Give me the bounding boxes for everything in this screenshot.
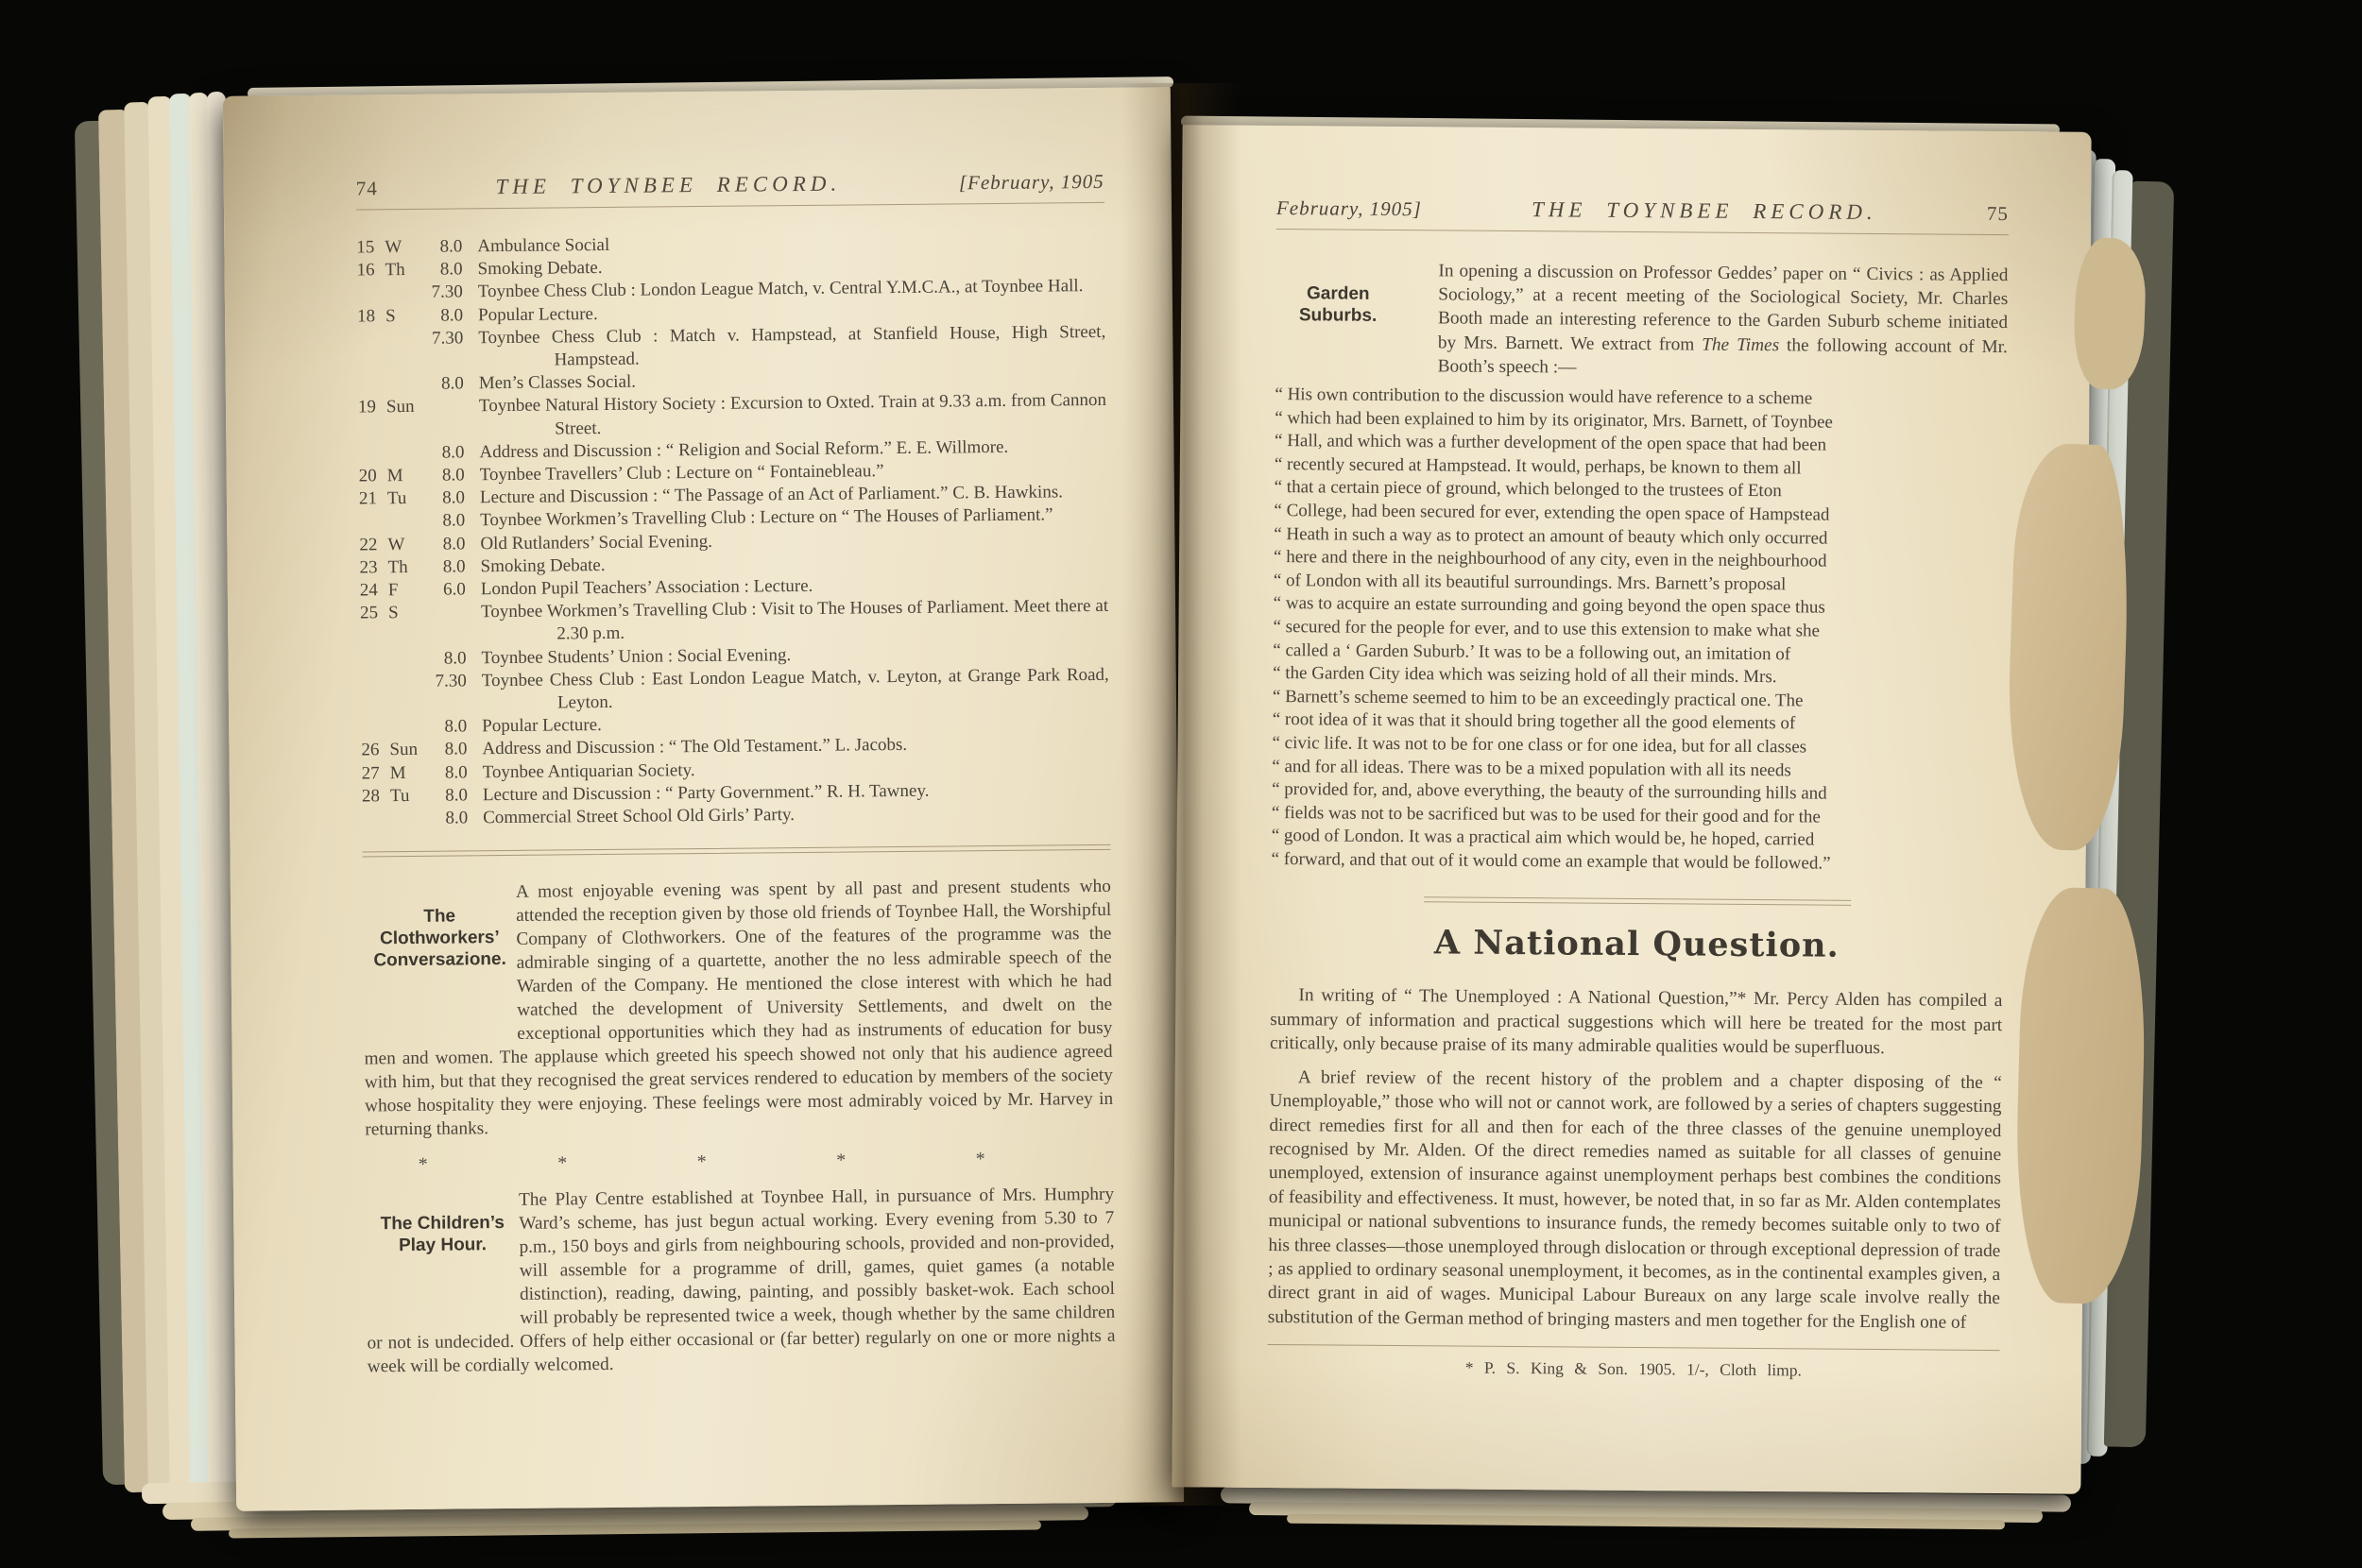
right-running-title: THE TOYNBEE RECORD.: [1422, 196, 1987, 226]
schedule-time: 8.0: [430, 647, 481, 671]
schedule-time: [430, 602, 481, 648]
schedule-time: 8.0: [432, 784, 483, 808]
section-divider-rule: [363, 844, 1111, 858]
booth-speech-quote: “ His own contribution to the discussion…: [1271, 383, 2007, 878]
article-divider-rule: [1424, 897, 1851, 907]
schedule-time: 8.0: [426, 235, 477, 259]
schedule-time: 8.0: [429, 464, 480, 487]
schedule-time: 8.0: [428, 441, 479, 465]
play-hour-section: The Children’s Play Hour. The Play Centr…: [366, 1183, 1116, 1379]
schedule-day: 22: [359, 534, 387, 556]
schedule-weekday: [389, 716, 431, 740]
schedule-day: [361, 671, 389, 717]
schedule-time: 8.0: [432, 761, 483, 785]
schedule-weekday: Tu: [390, 785, 432, 809]
asterisk: *: [976, 1149, 985, 1170]
schedule-row: 25 S Toynbee Workmen’s Travelling Club :…: [360, 595, 1108, 648]
schedule-description: Toynbee Workmen’s Travelling Club : Visi…: [481, 595, 1108, 647]
schedule-weekday: [389, 671, 431, 717]
article-paragraph-1: In writing of “ The Unemployed : A Natio…: [1270, 983, 2003, 1061]
left-page-header: 74 THE TOYNBEE RECORD. [February, 1905: [356, 169, 1104, 211]
schedule-time: 8.0: [428, 372, 479, 396]
schedule-time: 7.30: [431, 670, 482, 716]
article-paragraph-2: A brief review of the recent history of …: [1268, 1065, 2002, 1336]
garden-suburbs-section: Garden Suburbs. In opening a discussion …: [1275, 258, 2009, 383]
schedule-weekday: [385, 281, 427, 305]
schedule-time: 8.0: [426, 258, 477, 281]
left-header-date: [February, 1905: [959, 170, 1104, 195]
schedule-day: 24: [360, 579, 388, 602]
events-schedule: 15 W 8.0 Ambulance Social 16 Th 8.0 Smok…: [356, 230, 1110, 831]
schedule-row: 7.30 Toynbee Chess Club : Match v. Hamps…: [357, 321, 1105, 374]
left-page: 74 THE TOYNBEE RECORD. [February, 1905 1…: [223, 87, 1184, 1511]
schedule-weekday: [390, 808, 432, 831]
right-page-header: February, 1905] THE TOYNBEE RECORD. 75: [1276, 196, 2009, 235]
schedule-day: 15: [356, 236, 385, 259]
clothworkers-section: The Clothworkers’ Conversazione. A most …: [363, 875, 1114, 1142]
footnote: * P. S. King & Son. 1905. 1/-, Cloth lim…: [1267, 1356, 1999, 1382]
schedule-time: 8.0: [429, 486, 480, 510]
left-running-title: THE TOYNBEE RECORD.: [378, 170, 959, 200]
schedule-day: [358, 442, 386, 465]
schedule-weekday: F: [388, 579, 430, 603]
schedule-weekday: S: [388, 602, 430, 648]
schedule-time: 8.0: [429, 510, 480, 534]
schedule-time: 7.30: [427, 327, 478, 373]
quote-line: “ forward, and that out of it would come…: [1271, 848, 2003, 878]
schedule-weekday: Tu: [387, 487, 429, 511]
times-title: The Times: [1702, 334, 1779, 355]
schedule-time: [428, 396, 479, 442]
garden-suburbs-sidehead: Garden Suburbs.: [1275, 258, 1439, 355]
schedule-day: [361, 716, 389, 739]
schedule-day: 26: [361, 740, 389, 762]
schedule-weekday: Sun: [386, 396, 428, 442]
schedule-weekday: S: [385, 304, 427, 328]
schedule-weekday: W: [387, 533, 429, 556]
schedule-weekday: [387, 510, 429, 534]
schedule-day: 28: [362, 785, 390, 808]
schedule-row: 7.30 Toynbee Chess Club : East London Le…: [361, 664, 1109, 717]
asterisk: *: [419, 1154, 428, 1176]
footnote-rule: [1268, 1344, 2000, 1351]
schedule-weekday: W: [385, 236, 426, 260]
article-heading: A National Question.: [1271, 922, 2003, 966]
schedule-time: 8.0: [432, 807, 483, 830]
schedule-row: 19 Sun Toynbee Natural History Society :…: [358, 389, 1106, 442]
schedule-description: Commercial Street School Old Girls’ Part…: [483, 801, 1110, 830]
right-page-number: 75: [1987, 202, 2009, 226]
left-page-number: 74: [356, 177, 378, 200]
schedule-description: Toynbee Chess Club : Match v. Hampstead,…: [478, 321, 1105, 373]
asterisk: *: [836, 1150, 846, 1172]
schedule-day: 27: [362, 762, 390, 785]
schedule-day: [358, 373, 386, 396]
schedule-day: 18: [357, 305, 385, 328]
clothworkers-sidehead: The Clothworkers’ Conversazione.: [363, 880, 517, 1026]
schedule-description: Toynbee Natural History Society : Excurs…: [479, 389, 1106, 441]
schedule-time: 6.0: [430, 578, 481, 602]
schedule-weekday: [386, 442, 428, 466]
schedule-day: [360, 648, 388, 671]
schedule-day: [357, 282, 385, 305]
schedule-description: Toynbee Chess Club : East London League …: [482, 664, 1109, 716]
schedule-day: 21: [359, 487, 387, 510]
schedule-day: 23: [360, 556, 388, 579]
schedule-weekday: Th: [388, 556, 430, 580]
schedule-weekday: M: [390, 761, 432, 785]
schedule-day: [359, 511, 387, 534]
national-question-article: A National Question. In writing of “ The…: [1267, 922, 2003, 1382]
schedule-day: 25: [360, 602, 388, 648]
schedule-weekday: M: [387, 465, 429, 488]
schedule-day: 19: [358, 397, 386, 443]
schedule-weekday: [385, 328, 427, 374]
asterisk-separator: *****: [419, 1149, 985, 1176]
schedule-time: 8.0: [431, 716, 482, 740]
schedule-weekday: Th: [385, 259, 426, 282]
right-header-date: February, 1905]: [1276, 196, 1422, 221]
schedule-time: 7.30: [427, 281, 478, 305]
asterisk: *: [697, 1151, 707, 1173]
schedule-time: 8.0: [427, 304, 478, 328]
schedule-day: 16: [356, 259, 385, 281]
schedule-time: 8.0: [430, 555, 481, 579]
schedule-day: [362, 808, 390, 830]
schedule-day: 20: [359, 465, 387, 487]
schedule-day: [357, 328, 385, 374]
schedule-weekday: [386, 373, 428, 397]
play-hour-sidehead: The Children’s Play Hour.: [366, 1188, 520, 1309]
right-page: February, 1905] THE TOYNBEE RECORD. 75 G…: [1172, 125, 2091, 1494]
schedule-weekday: [388, 647, 430, 671]
schedule-time: 8.0: [429, 533, 480, 556]
schedule-weekday: Sun: [389, 739, 431, 762]
asterisk: *: [557, 1153, 567, 1175]
schedule-time: 8.0: [431, 739, 482, 762]
